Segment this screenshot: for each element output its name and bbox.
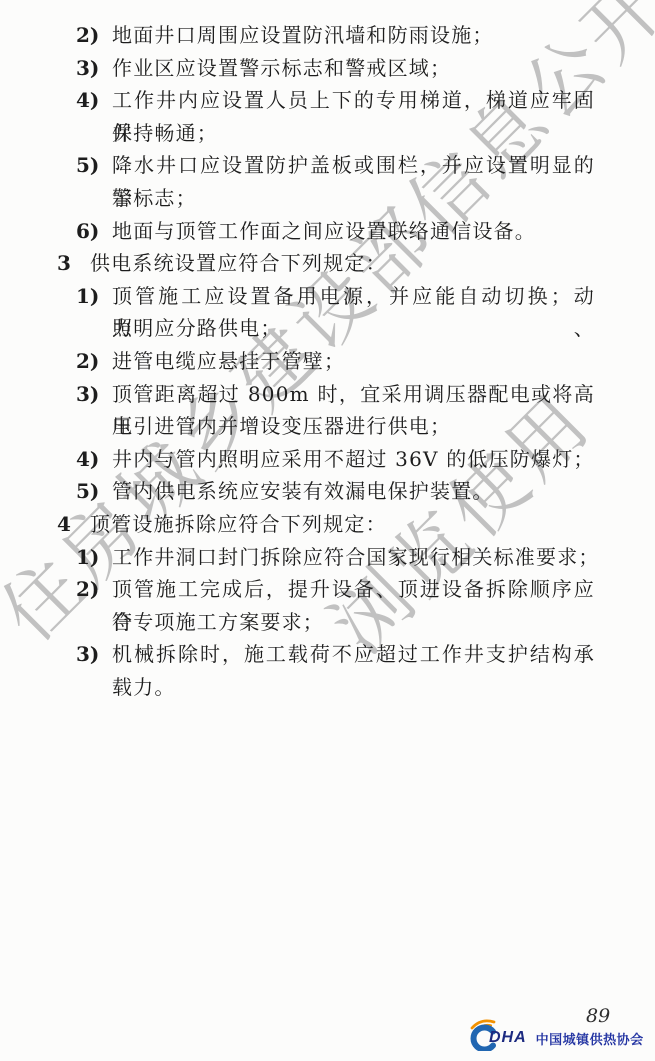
text-line: 3)机械拆除时，施工载荷不应超过工作井支护结构承 (0, 638, 655, 671)
text-line: 6)地面与顶管工作面之间应设置联络通信设备。 (0, 215, 655, 248)
item-text: 地面井口周围应设置防汛墙和防雨设施； (112, 19, 494, 52)
text-line: 2)进管电缆应悬挂于管壁； (0, 345, 655, 378)
document-page: 住房城乡建设部信息公开 浏览使用 2)地面井口周围应设置防汛墙和防雨设施；3)作… (0, 0, 655, 1061)
text-line: 1)顶管施工应设置备用电源，并应能自动切换；动力、 (0, 280, 655, 313)
item-marker: 2) (76, 573, 112, 606)
item-marker: 1) (76, 280, 112, 313)
item-text: 合专项施工方案要求； (112, 606, 324, 639)
text-line: 3供电系统设置应符合下列规定： (0, 247, 655, 280)
item-text: 地面与顶管工作面之间应设置联络通信设备。 (112, 215, 536, 248)
item-marker: 3 (57, 247, 90, 280)
document-body: 2)地面井口周围应设置防汛墙和防雨设施；3)作业区应设置警示标志和警戒区域；4)… (0, 19, 655, 703)
item-marker: 3) (76, 638, 112, 671)
item-text: 机械拆除时，施工载荷不应超过工作井支护结构承 (112, 638, 595, 671)
item-text: 工作井洞口封门拆除应符合国家现行相关标准要求； (112, 541, 600, 574)
text-line: 1)工作井洞口封门拆除应符合国家现行相关标准要求； (0, 541, 655, 574)
item-marker: 4) (76, 443, 112, 476)
item-marker: 2) (76, 345, 112, 378)
text-line: 载力。 (0, 671, 655, 704)
text-line: 3)顶管距离超过 800m 时，宜采用调压器配电或将高压 (0, 378, 655, 411)
logo-association-name: 中国城镇供热协会 (536, 1029, 644, 1048)
item-text: 载力。 (112, 671, 176, 704)
item-marker: 2) (76, 19, 112, 52)
item-marker: 5) (76, 149, 112, 182)
item-marker: 4 (57, 508, 90, 541)
text-line: 2)地面井口周围应设置防汛墙和防雨设施； (0, 19, 655, 52)
item-text: 保持畅通； (112, 117, 218, 150)
item-text: 电引进管内并增设变压器进行供电； (112, 410, 451, 443)
page-number: 89 (586, 1005, 610, 1027)
item-text: 顶管设施拆除应符合下列规定： (90, 508, 387, 541)
item-text: 示标志； (112, 182, 197, 215)
association-logo: DHA 中国城镇供热协会 (462, 1019, 644, 1051)
item-text: 井内与管内照明应采用不超过 36V 的低压防爆灯； (112, 443, 595, 476)
text-line: 5)降水井口应设置防护盖板或围栏，并应设置明显的警 (0, 149, 655, 182)
text-line: 5)管内供电系统应安装有效漏电保护装置。 (0, 475, 655, 508)
item-text: 供电系统设置应符合下列规定： (90, 247, 387, 280)
item-text: 作业区应设置警示标志和警戒区域； (112, 52, 451, 85)
item-marker: 6) (76, 215, 112, 248)
item-marker: 1) (76, 541, 112, 574)
item-marker: 5) (76, 475, 112, 508)
text-line: 4顶管设施拆除应符合下列规定： (0, 508, 655, 541)
logo-acronym: DHA (489, 1029, 527, 1047)
item-marker: 3) (76, 378, 112, 411)
text-line: 2)顶管施工完成后，提升设备、顶进设备拆除顺序应符 (0, 573, 655, 606)
item-text: 进管电缆应悬挂于管壁； (112, 345, 345, 378)
text-line: 4)井内与管内照明应采用不超过 36V 的低压防爆灯； (0, 443, 655, 476)
item-marker: 4) (76, 84, 112, 117)
text-line: 3)作业区应设置警示标志和警戒区域； (0, 52, 655, 85)
item-marker: 3) (76, 52, 112, 85)
item-text: 照明应分路供电； (112, 312, 282, 345)
text-line: 4)工作井内应设置人员上下的专用梯道，梯道应牢固并 (0, 84, 655, 117)
item-text: 管内供电系统应安装有效漏电保护装置。 (112, 475, 494, 508)
